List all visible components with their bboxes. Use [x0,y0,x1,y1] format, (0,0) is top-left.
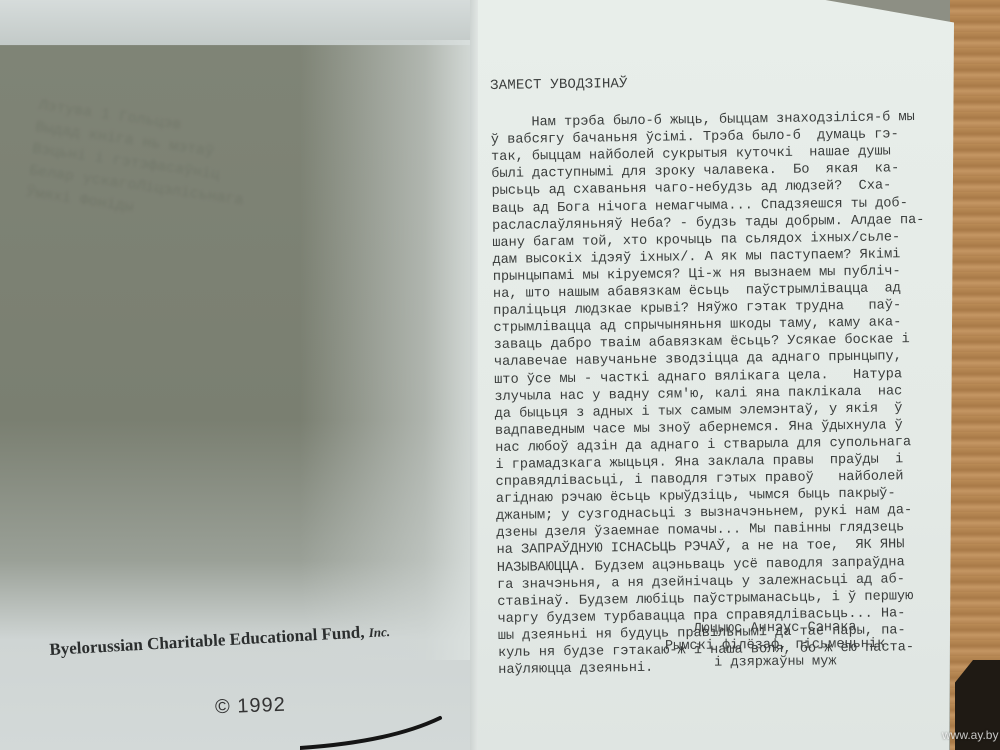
left-page-top-edge [0,0,478,45]
preface-body: Нам трэба было-б жыць, быццам знаходзілі… [491,109,959,679]
attribution-role-cont: і дзяржаўны муж [665,653,885,672]
decorative-curve [300,700,460,750]
publisher-suffix: Inc. [368,624,390,640]
preface-text: ЗАМЕСТ УВОДЗІНАЎ Нам трэба было-б жыць, … [490,72,958,680]
watermark: www.ay.by [942,728,998,742]
page-shadow [300,40,478,660]
attribution-role: Рымскі філёзаф, пісьменьнік [665,636,885,655]
quote-attribution: Люцыюс Аннэус Сэнэка Рымскі філёзаф, піс… [665,619,886,672]
copyright-notice: © 1992 [215,694,287,719]
